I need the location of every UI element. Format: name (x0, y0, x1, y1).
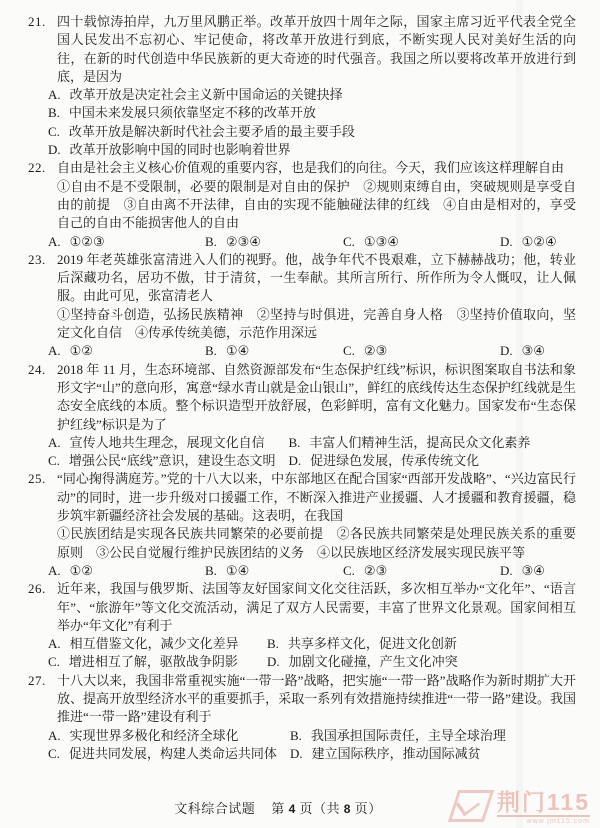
option-b: B.丰富人们精神生活，提高民众文化素养 (288, 434, 576, 452)
option-a: A.①② (48, 562, 205, 580)
option-text: ②③ (364, 343, 387, 358)
doc-title: 文科综合试题 (174, 801, 255, 816)
option-text: 建立国际秩序，推动国际减贫 (312, 746, 481, 761)
question-numbered-items: ①自由不是不受限制，必要的限制是对自由的保护 ②规则束缚自由，突破规则是享受自由… (57, 178, 576, 233)
option-label: C. (48, 746, 60, 761)
option-text: ①④ (226, 343, 249, 358)
option-text: 改革开放是决定社会主义新中国命运的关键抉择 (70, 87, 343, 102)
options-list: A.①②③ B.②③④ C.①③④ D.①②④ (48, 233, 576, 251)
option-text: ①② (70, 563, 93, 578)
question-21: 21. 四十载惊涛拍岸，九万里风鹏正举。改革开放四十周年之际，国家主席习近平代表… (0, 13, 600, 159)
option-d: D.①②④ (500, 233, 576, 251)
page-footer: 文科综合试题第 4 页（共 8 页） (0, 798, 578, 817)
options-list: A.改革开放是决定社会主义新中国命运的关键抉择 B.中国未来发展只须依靠坚定不移… (48, 86, 576, 159)
option-label: C. (48, 124, 60, 139)
question-number: 27. (28, 672, 56, 690)
option-label: B. (48, 105, 60, 120)
option-d: D.加剧文化碰撞，产生文化冲突 (267, 653, 576, 671)
option-b: B.中国未来发展只须依靠坚定不移的改革开放 (48, 104, 576, 122)
option-text: 增强公民“底线”意识，建设生态文明 (69, 453, 276, 468)
option-text: ③④ (522, 563, 545, 578)
question-number: 25. (28, 470, 56, 488)
option-a: A.改革开放是决定社会主义新中国命运的关键抉择 (48, 86, 576, 104)
question-number: 24. (28, 361, 56, 379)
option-b: B.我国承担国际责任，主导全球治理 (290, 727, 576, 745)
option-d: D.促进绿色发展，传承传统文化 (288, 452, 576, 470)
option-d: D.改革开放影响中国的同时也影响着世界 (48, 141, 576, 159)
option-label: A. (48, 435, 61, 450)
option-label: B. (205, 563, 217, 578)
options-list: A.相互借鉴文化，减少文化差异 B.共享多样文化，促进文化创新 C.增进相互了解… (48, 635, 576, 672)
question-stem: 2018 年 11 月，生态环境部、自然资源部发布“生态保护红线”标识，标识图案… (57, 361, 576, 434)
question-number: 26. (28, 580, 56, 598)
option-label: B. (205, 343, 217, 358)
option-text: 加剧文化碰撞，产生文化冲突 (289, 654, 458, 669)
option-label: B. (205, 234, 217, 249)
option-a: A.实现世界多极化和经济全球化 (48, 727, 277, 745)
option-label: D. (48, 142, 61, 157)
option-label: C. (343, 343, 355, 358)
option-label: A. (48, 87, 61, 102)
option-text: 宣传人地共生理念，展现文化自信 (70, 435, 265, 450)
option-label: D. (267, 654, 280, 669)
option-c: C.②③ (343, 342, 500, 360)
option-text: 增进相互了解，驱散战争阴影 (69, 654, 238, 669)
options-list: A.①② B.①④ C.②③ D.③④ (48, 562, 576, 580)
option-text: ②③ (364, 563, 387, 578)
question-24: 24. 2018 年 11 月，生态环境部、自然资源部发布“生态保护红线”标识，… (0, 361, 600, 471)
question-number: 22. (28, 159, 56, 177)
option-d: D.建立国际秩序，推动国际减贫 (290, 745, 576, 763)
option-text: 改革开放是解决新时代社会主要矛盾的最主要手段 (69, 124, 355, 139)
question-stem: 自由是社会主义核心价值观的重要内容，也是我们的向往。今天，我们应该这样理解自由 (57, 159, 576, 177)
question-stem: 十八大以来，我国非常重视实施“一带一路”战略，把实施“一带一路”战略作为新时期扩… (57, 672, 576, 727)
question-numbered-items: ①坚持奋斗创造，弘扬民族精神 ②坚持与时俱进，完善自身人格 ③坚持价值取向，坚定… (57, 306, 576, 343)
option-a: A.①②③ (48, 233, 205, 251)
question-26: 26. 近年来，我国与俄罗斯、法国等友好国家间文化交往活跃，多次相互举办“文化年… (0, 580, 600, 671)
watermark-subtext: www.jm115.com (527, 817, 590, 826)
option-label: D. (500, 343, 513, 358)
total-pages: 8 (344, 802, 351, 816)
option-text: ①②④ (522, 234, 557, 249)
option-text: 实现世界多极化和经济全球化 (70, 728, 239, 743)
option-c: C.②③ (343, 562, 500, 580)
option-text: 促进绿色发展，传承传统文化 (310, 453, 479, 468)
option-b: B.①④ (205, 342, 343, 360)
option-text: ①④ (226, 563, 249, 578)
option-text: 我国承担国际责任，主导全球治理 (311, 728, 506, 743)
option-c: C.增进相互了解，驱散战争阴影 (48, 653, 254, 671)
option-label: C. (343, 234, 355, 249)
option-label: D. (288, 453, 301, 468)
question-27: 27. 十八大以来，我国非常重视实施“一带一路”战略，把实施“一带一路”战略作为… (0, 672, 600, 763)
option-label: A. (48, 234, 61, 249)
option-label: D. (500, 563, 513, 578)
option-text: 相互借鉴文化，减少文化差异 (70, 636, 239, 651)
question-number: 21. (28, 13, 56, 31)
option-label: C. (48, 654, 60, 669)
question-25: 25. “同心掬得满庭芳。”党的十八大以来，中东部地区在配合国家“西部开发战略”… (0, 470, 600, 580)
options-list: A.宣传人地共生理念，展现文化自信 B.丰富人们精神生活，提高民众文化素养 C.… (48, 434, 576, 471)
question-stem: “同心掬得满庭芳。”党的十八大以来，中东部地区在配合国家“西部开发战略”、“兴边… (57, 470, 576, 525)
option-c: C.促进共同发展，构建人类命运共同体 (48, 745, 277, 763)
question-stem: 2019 年老英雄张富清进入人们的视野。他，战争年代不畏艰难，立下赫赫战功；他，… (57, 251, 576, 306)
option-label: C. (48, 453, 60, 468)
option-label: B. (267, 636, 279, 651)
exam-page: 21. 四十载惊涛拍岸，九万里风鹏正举。改革开放四十周年之际，国家主席习近平代表… (0, 0, 600, 763)
option-text: ①③④ (364, 234, 399, 249)
option-d: D.③④ (500, 342, 576, 360)
option-text: ①②③ (70, 234, 105, 249)
question-stem: 四十载惊涛拍岸，九万里风鹏正举。改革开放四十周年之际，国家主席习近平代表全党全国… (57, 13, 576, 86)
option-label: A. (48, 343, 61, 358)
option-b: B.共享多样文化，促进文化创新 (267, 635, 576, 653)
question-23: 23. 2019 年老英雄张富清进入人们的视野。他，战争年代不畏艰难，立下赫赫战… (0, 251, 600, 361)
options-list: A.实现世界多极化和经济全球化 B.我国承担国际责任，主导全球治理 C.促进共同… (48, 727, 576, 764)
option-a: A.相互借鉴文化，减少文化差异 (48, 635, 254, 653)
option-c: C.①③④ (343, 233, 500, 251)
page-number: 4 (289, 802, 296, 816)
option-label: B. (288, 435, 300, 450)
question-22: 22. 自由是社会主义核心价值观的重要内容，也是我们的向往。今天，我们应该这样理… (0, 159, 600, 250)
option-text: 丰富人们精神生活，提高民众文化素养 (309, 435, 530, 450)
option-text: 促进共同发展，构建人类命运共同体 (69, 746, 277, 761)
options-list: A.①② B.①④ C.②③ D.③④ (48, 342, 576, 360)
option-d: D.③④ (500, 562, 576, 580)
option-c: C.改革开放是解决新时代社会主要矛盾的最主要手段 (48, 123, 576, 141)
question-numbered-items: ①民族团结是实现各民族共同繁荣的必要前提 ②各民族共同繁荣是处理民族关系的重要原… (57, 525, 576, 562)
option-label: A. (48, 728, 61, 743)
option-label: C. (343, 563, 355, 578)
option-a: A.①② (48, 342, 205, 360)
option-text: 共享多样文化，促进文化创新 (288, 636, 457, 651)
option-label: A. (48, 636, 61, 651)
option-a: A.宣传人地共生理念，展现文化自信 (48, 434, 275, 452)
option-label: B. (290, 728, 302, 743)
option-c: C.增强公民“底线”意识，建设生态文明 (48, 452, 275, 470)
option-b: B.②③④ (205, 233, 343, 251)
question-number: 23. (28, 251, 56, 269)
option-label: D. (500, 234, 513, 249)
option-text: ①② (70, 343, 93, 358)
option-text: ③④ (522, 343, 545, 358)
option-text: 中国未来发展只须依靠坚定不移的改革开放 (69, 105, 316, 120)
option-label: A. (48, 563, 61, 578)
option-b: B.①④ (205, 562, 343, 580)
question-stem: 近年来，我国与俄罗斯、法国等友好国家间文化交往活跃，多次相互举办“文化年”、“语… (57, 580, 576, 635)
page-indicator: 第 4 页（共 8 页） (271, 801, 381, 816)
option-label: D. (290, 746, 303, 761)
option-text: ②③④ (226, 234, 261, 249)
option-text: 改革开放影响中国的同时也影响着世界 (70, 142, 291, 157)
